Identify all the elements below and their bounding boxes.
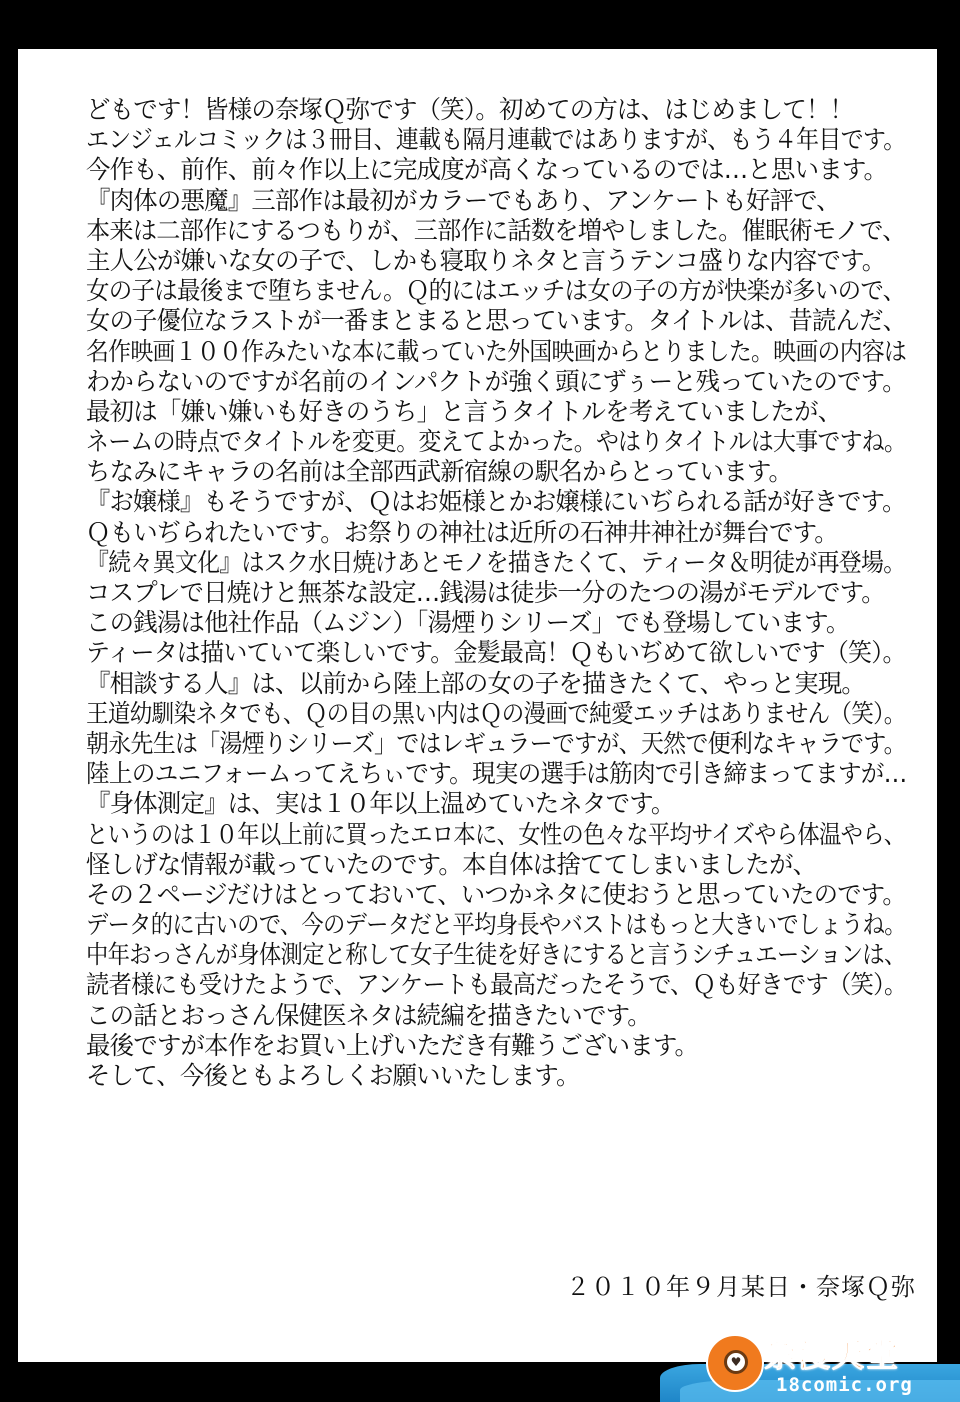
text-line: その２ページだけはとっておいて、いつかネタに使おうと思っていたのです。 [86, 880, 902, 910]
text-line: 『お嬢様』もそうですが、Ｑはお姫様とかお嬢様にいぢられる話が好きです。 [86, 487, 901, 517]
watermark-title: 禁漫天堂 [764, 1330, 900, 1376]
text-line: ちなみにキャラの名前は全部西武新宿線の駅名からとっています。 [86, 457, 906, 487]
text-line: データ的に古いので、今のデータだと平均身長やバストはもっと大きいでしょうね。 [86, 910, 835, 940]
site-watermark: ♥ 禁漫天堂 18comic.org [660, 1330, 960, 1402]
text-line: 朝永先生は「湯煙りシリーズ」ではレギュラーですが、天然で便利なキャラです。 [86, 729, 858, 759]
afterword-text: どもです！皆様の奈塚Ｑ弥です（笑）。初めての方は、はじめまして！！ エンジェルコ… [86, 95, 926, 1091]
text-line: 『身体測定』は、実は１０年以上温めていたネタです。 [86, 789, 906, 819]
text-line: 王道幼馴染ネタでも、Ｑの目の黒い内はＱの漫画で純愛エッチはありません（笑）。 [86, 699, 845, 729]
text-line: 最後ですが本作をお買い上げいただき有難うございます。 [86, 1031, 906, 1061]
text-line: ネームの時点でタイトルを変更。変えてよかった。やはりタイトルは大事ですね。 [86, 427, 856, 457]
text-line: 本来は二部作にするつもりが、三部作に話数を増やしました。催眠術モノで、 [86, 216, 899, 246]
text-line: Ｑもいぢられたいです。お祭りの神社は近所の石神井神社が舞台です。 [86, 518, 906, 548]
text-line: 怪しげな情報が載っていたのです。本自体は捨ててしまいましたが、 [86, 850, 906, 880]
afterword-page: どもです！皆様の奈塚Ｑ弥です（笑）。初めての方は、はじめまして！！ エンジェルコ… [18, 49, 937, 1362]
text-line: 『相談する人』は、以前から陸上部の女の子を描きたくて、やっと実現。 [86, 669, 906, 699]
text-line: エンジェルコミックは３冊目、連載も隔月連載ではありますが、もう４年目です。 [86, 125, 858, 155]
text-line: この話とおっさん保健医ネタは続編を描きたいです。 [86, 1001, 906, 1031]
text-line: そして、今後ともよろしくお願いいたします。 [86, 1061, 906, 1091]
whale-mascot-icon: ♥ [706, 1334, 764, 1392]
text-line: この銭湯は他社作品（ムジン）「湯煙りシリーズ」でも登場しています。 [86, 608, 906, 638]
text-line: 中年おっさんが身体測定と称して女子生徒を好きにすると言うシチュエーションは、 [86, 940, 836, 970]
text-line: わからないのですが名前のインパクトが強く頭にずぅーと残っていたのです。 [86, 367, 903, 397]
text-line: 女の子は最後まで堕ちません。Ｑ的にはエッチは女の子の方が快楽が多いので、 [86, 276, 876, 306]
text-line: 最初は「嫌い嫌いも好きのうち」と言うタイトルを考えていましたが、 [86, 397, 906, 427]
text-line: コスプレで日焼けと無茶な設定…銭湯は徒歩一分のたつの湯がモデルです。 [86, 578, 906, 608]
text-line: どもです！皆様の奈塚Ｑ弥です（笑）。初めての方は、はじめまして！！ [86, 95, 906, 125]
text-line: 名作映画１００作みたいな本に載っていた外国映画からとりました。映画の内容は [86, 337, 855, 367]
watermark-url: 18comic.org [776, 1374, 913, 1396]
text-line: というのは１０年以上前に買ったエロ本に、女性の色々な平均サイズやら体温やら、 [86, 820, 836, 850]
text-line: 『続々異文化』はスク水日焼けあとモノを描きたくて、ティータ＆明徒が再登場。 [86, 548, 857, 578]
text-line: 今作も、前作、前々作以上に完成度が高くなっているのでは…と思います。 [86, 155, 906, 185]
text-line: 主人公が嫌いな女の子で、しかも寝取りネタと言うテンコ盛りな内容です。 [86, 246, 906, 276]
signature-date: ２０１０年９月某日・奈塚Ｑ弥 [566, 1267, 916, 1302]
text-line: 読者様にも受けたようで、アンケートも最高だったそうで、Ｑも好きです（笑）。 [86, 970, 869, 1000]
heart-icon: ♥ [724, 1350, 748, 1374]
text-line: 陸上のユニフォームってえちぃです。現実の選手は筋肉で引き締まってますが… [86, 759, 880, 789]
text-line: ティータは描いていて楽しいです。金髪最高！Ｑもいぢめて欲しいです（笑）。 [86, 638, 892, 668]
text-line: 女の子優位なラストが一番まとまると思っています。タイトルは、昔読んだ、 [86, 306, 902, 336]
text-line: 『肉体の悪魔』三部作は最初がカラーでもあり、アンケートも好評で、 [86, 186, 906, 216]
